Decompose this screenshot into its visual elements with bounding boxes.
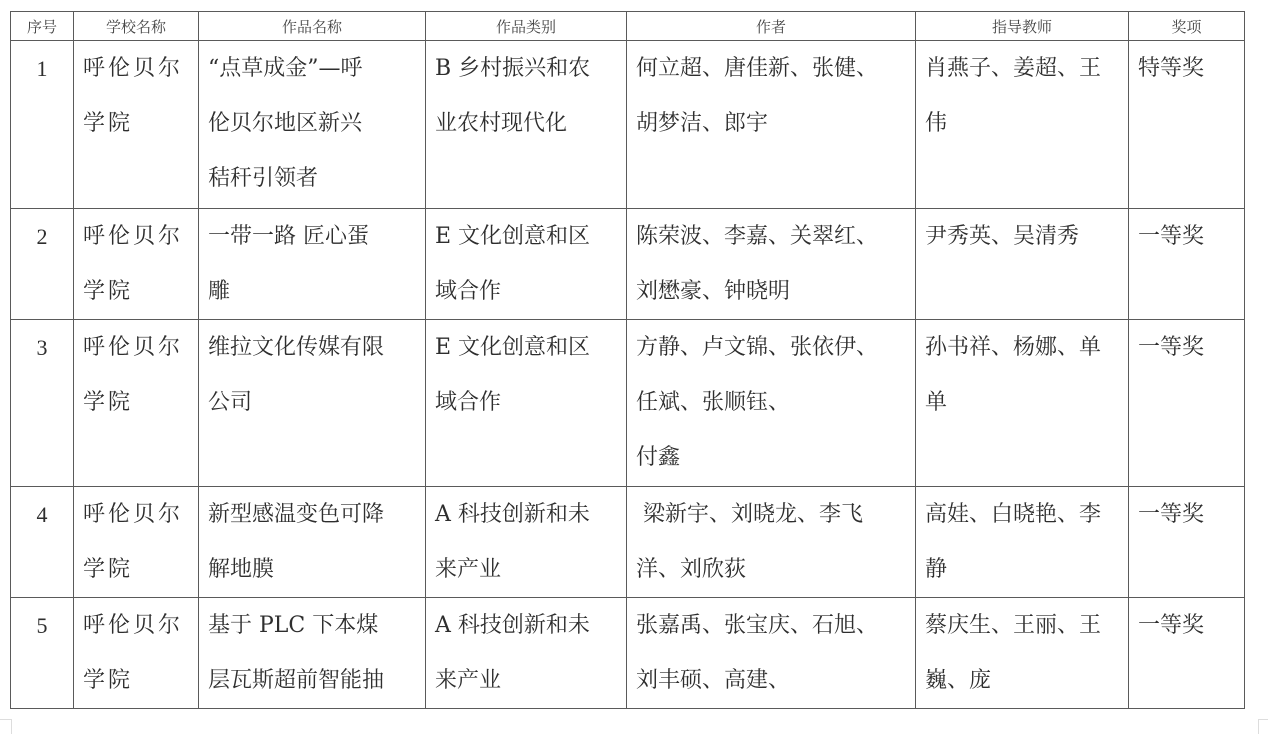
cell-line: 伟 [925, 96, 1124, 151]
cell-line: 静 [925, 542, 1124, 597]
cell-line: 学院 [83, 96, 194, 151]
awards-table: 序号 学校名称 作品名称 作品类别 作者 指导教师 奖项 1 呼伦贝尔 学院 “… [10, 11, 1245, 709]
cell-category: E 文化创意和区 域合作 [426, 209, 627, 320]
header-authors: 作者 [627, 12, 916, 41]
cell-advisors: 尹秀英、吴清秀 [916, 209, 1129, 320]
cell-line: 单 [925, 375, 1124, 430]
cell-seq: 3 [11, 320, 74, 487]
cell-line: 何立超、唐佳新、张健、 [636, 41, 911, 96]
cell-line: 任斌、张顺钰、 [636, 375, 911, 430]
cell-category: A 科技创新和未 来产业 [426, 598, 627, 709]
cell-line: 解地膜 [208, 542, 421, 597]
cell-authors: 方静、卢文锦、张依伊、 任斌、张顺钰、 付鑫 [627, 320, 916, 487]
cell-school: 呼伦贝尔 学院 [74, 320, 199, 487]
cell-advisors: 蔡庆生、王丽、王 巍、庞 [916, 598, 1129, 709]
cell-line: 刘懋豪、钟晓明 [636, 264, 911, 319]
cell-line: “点草成金”—呼 [208, 41, 421, 96]
cell-work: 一带一路 匠心蛋 雕 [199, 209, 426, 320]
cell-line: 公司 [208, 375, 421, 430]
cell-work: “点草成金”—呼 伦贝尔地区新兴 秸秆引领者 [199, 41, 426, 209]
cell-award: 一等奖 [1129, 598, 1245, 709]
cell-advisors: 高娃、白晓艳、李 静 [916, 487, 1129, 598]
cell-line: 洋、刘欣荻 [636, 542, 911, 597]
cell-line: 学院 [83, 375, 194, 430]
cell-line: 呼伦贝尔 [83, 41, 194, 96]
cell-line: 业农村现代化 [435, 96, 622, 151]
header-work: 作品名称 [199, 12, 426, 41]
header-seq: 序号 [11, 12, 74, 41]
header-school: 学校名称 [74, 12, 199, 41]
cell-seq: 1 [11, 41, 74, 209]
cell-line: E 文化创意和区 [435, 320, 622, 375]
cell-line: A 科技创新和未 [435, 487, 622, 542]
cell-line: 呼伦贝尔 [83, 487, 194, 542]
cell-line: 呼伦贝尔 [83, 320, 194, 375]
cell-line: 刘丰硕、高建、 [636, 653, 911, 708]
cell-school: 呼伦贝尔 学院 [74, 598, 199, 709]
cell-line: 方静、卢文锦、张依伊、 [636, 320, 911, 375]
cell-line: 学院 [83, 542, 194, 597]
cell-seq: 4 [11, 487, 74, 598]
cell-line: 付鑫 [636, 430, 911, 485]
cell-award: 一等奖 [1129, 487, 1245, 598]
cell-line: 域合作 [435, 264, 622, 319]
cell-line: 呼伦贝尔 [83, 598, 194, 653]
cell-line: 蔡庆生、王丽、王 [925, 598, 1124, 653]
cell-line: 新型感温变色可降 [208, 487, 421, 542]
cell-line: 张嘉禹、张宝庆、石旭、 [636, 598, 911, 653]
cell-line: 学院 [83, 653, 194, 708]
header-advisors: 指导教师 [916, 12, 1129, 41]
cell-authors: 陈荣波、李嘉、关翠红、 刘懋豪、钟晓明 [627, 209, 916, 320]
cell-line: 基于 PLC 下本煤 [208, 598, 421, 653]
cell-line: 秸秆引领者 [208, 151, 421, 206]
cell-line: B 乡村振兴和农 [435, 41, 622, 96]
table-row: 5 呼伦贝尔 学院 基于 PLC 下本煤 层瓦斯超前智能抽 A 科技创新和未 来… [11, 598, 1245, 709]
cell-award: 一等奖 [1129, 320, 1245, 487]
cell-line: 域合作 [435, 375, 622, 430]
cell-line: 肖燕子、姜超、王 [925, 41, 1124, 96]
cell-line: 层瓦斯超前智能抽 [208, 653, 421, 708]
cell-line: 一带一路 匠心蛋 [208, 209, 421, 264]
cell-line: 呼伦贝尔 [83, 209, 194, 264]
cell-line: 维拉文化传媒有限 [208, 320, 421, 375]
cell-line: A 科技创新和未 [435, 598, 622, 653]
cell-line: 孙书祥、杨娜、单 [925, 320, 1124, 375]
cell-line: 雕 [208, 264, 421, 319]
cell-authors: 何立超、唐佳新、张健、 胡梦洁、郎宇 [627, 41, 916, 209]
cell-advisors: 孙书祥、杨娜、单 单 [916, 320, 1129, 487]
cell-work: 新型感温变色可降 解地膜 [199, 487, 426, 598]
cell-school: 呼伦贝尔 学院 [74, 209, 199, 320]
table-row: 4 呼伦贝尔 学院 新型感温变色可降 解地膜 A 科技创新和未 来产业 梁新宇、… [11, 487, 1245, 598]
cell-authors: 张嘉禹、张宝庆、石旭、 刘丰硕、高建、 [627, 598, 916, 709]
cell-seq: 2 [11, 209, 74, 320]
cell-line: 梁新宇、刘晓龙、李飞 [636, 487, 911, 542]
cell-award: 一等奖 [1129, 209, 1245, 320]
table-row: 1 呼伦贝尔 学院 “点草成金”—呼 伦贝尔地区新兴 秸秆引领者 B 乡村振兴和… [11, 41, 1245, 209]
cell-school: 呼伦贝尔 学院 [74, 487, 199, 598]
page-corner-mark-left [0, 719, 12, 734]
cell-award: 特等奖 [1129, 41, 1245, 209]
cell-line: 来产业 [435, 653, 622, 708]
header-category: 作品类别 [426, 12, 627, 41]
cell-line: E 文化创意和区 [435, 209, 622, 264]
cell-work: 基于 PLC 下本煤 层瓦斯超前智能抽 [199, 598, 426, 709]
cell-line: 伦贝尔地区新兴 [208, 96, 421, 151]
cell-school: 呼伦贝尔 学院 [74, 41, 199, 209]
cell-line: 尹秀英、吴清秀 [925, 209, 1124, 264]
cell-line: 学院 [83, 264, 194, 319]
table-header-row: 序号 学校名称 作品名称 作品类别 作者 指导教师 奖项 [11, 12, 1245, 41]
cell-category: E 文化创意和区 域合作 [426, 320, 627, 487]
cell-work: 维拉文化传媒有限 公司 [199, 320, 426, 487]
cell-category: A 科技创新和未 来产业 [426, 487, 627, 598]
cell-category: B 乡村振兴和农 业农村现代化 [426, 41, 627, 209]
cell-advisors: 肖燕子、姜超、王 伟 [916, 41, 1129, 209]
cell-line: 巍、庞 [925, 653, 1124, 708]
table-row: 2 呼伦贝尔 学院 一带一路 匠心蛋 雕 E 文化创意和区 域合作 陈荣波、李嘉… [11, 209, 1245, 320]
table-row: 3 呼伦贝尔 学院 维拉文化传媒有限 公司 E 文化创意和区 域合作 方静、卢文… [11, 320, 1245, 487]
cell-authors: 梁新宇、刘晓龙、李飞 洋、刘欣荻 [627, 487, 916, 598]
page-corner-mark-right [1258, 719, 1268, 734]
cell-line: 胡梦洁、郎宇 [636, 96, 911, 151]
cell-line: 高娃、白晓艳、李 [925, 487, 1124, 542]
header-award: 奖项 [1129, 12, 1245, 41]
cell-line: 来产业 [435, 542, 622, 597]
cell-line: 陈荣波、李嘉、关翠红、 [636, 209, 911, 264]
cell-seq: 5 [11, 598, 74, 709]
